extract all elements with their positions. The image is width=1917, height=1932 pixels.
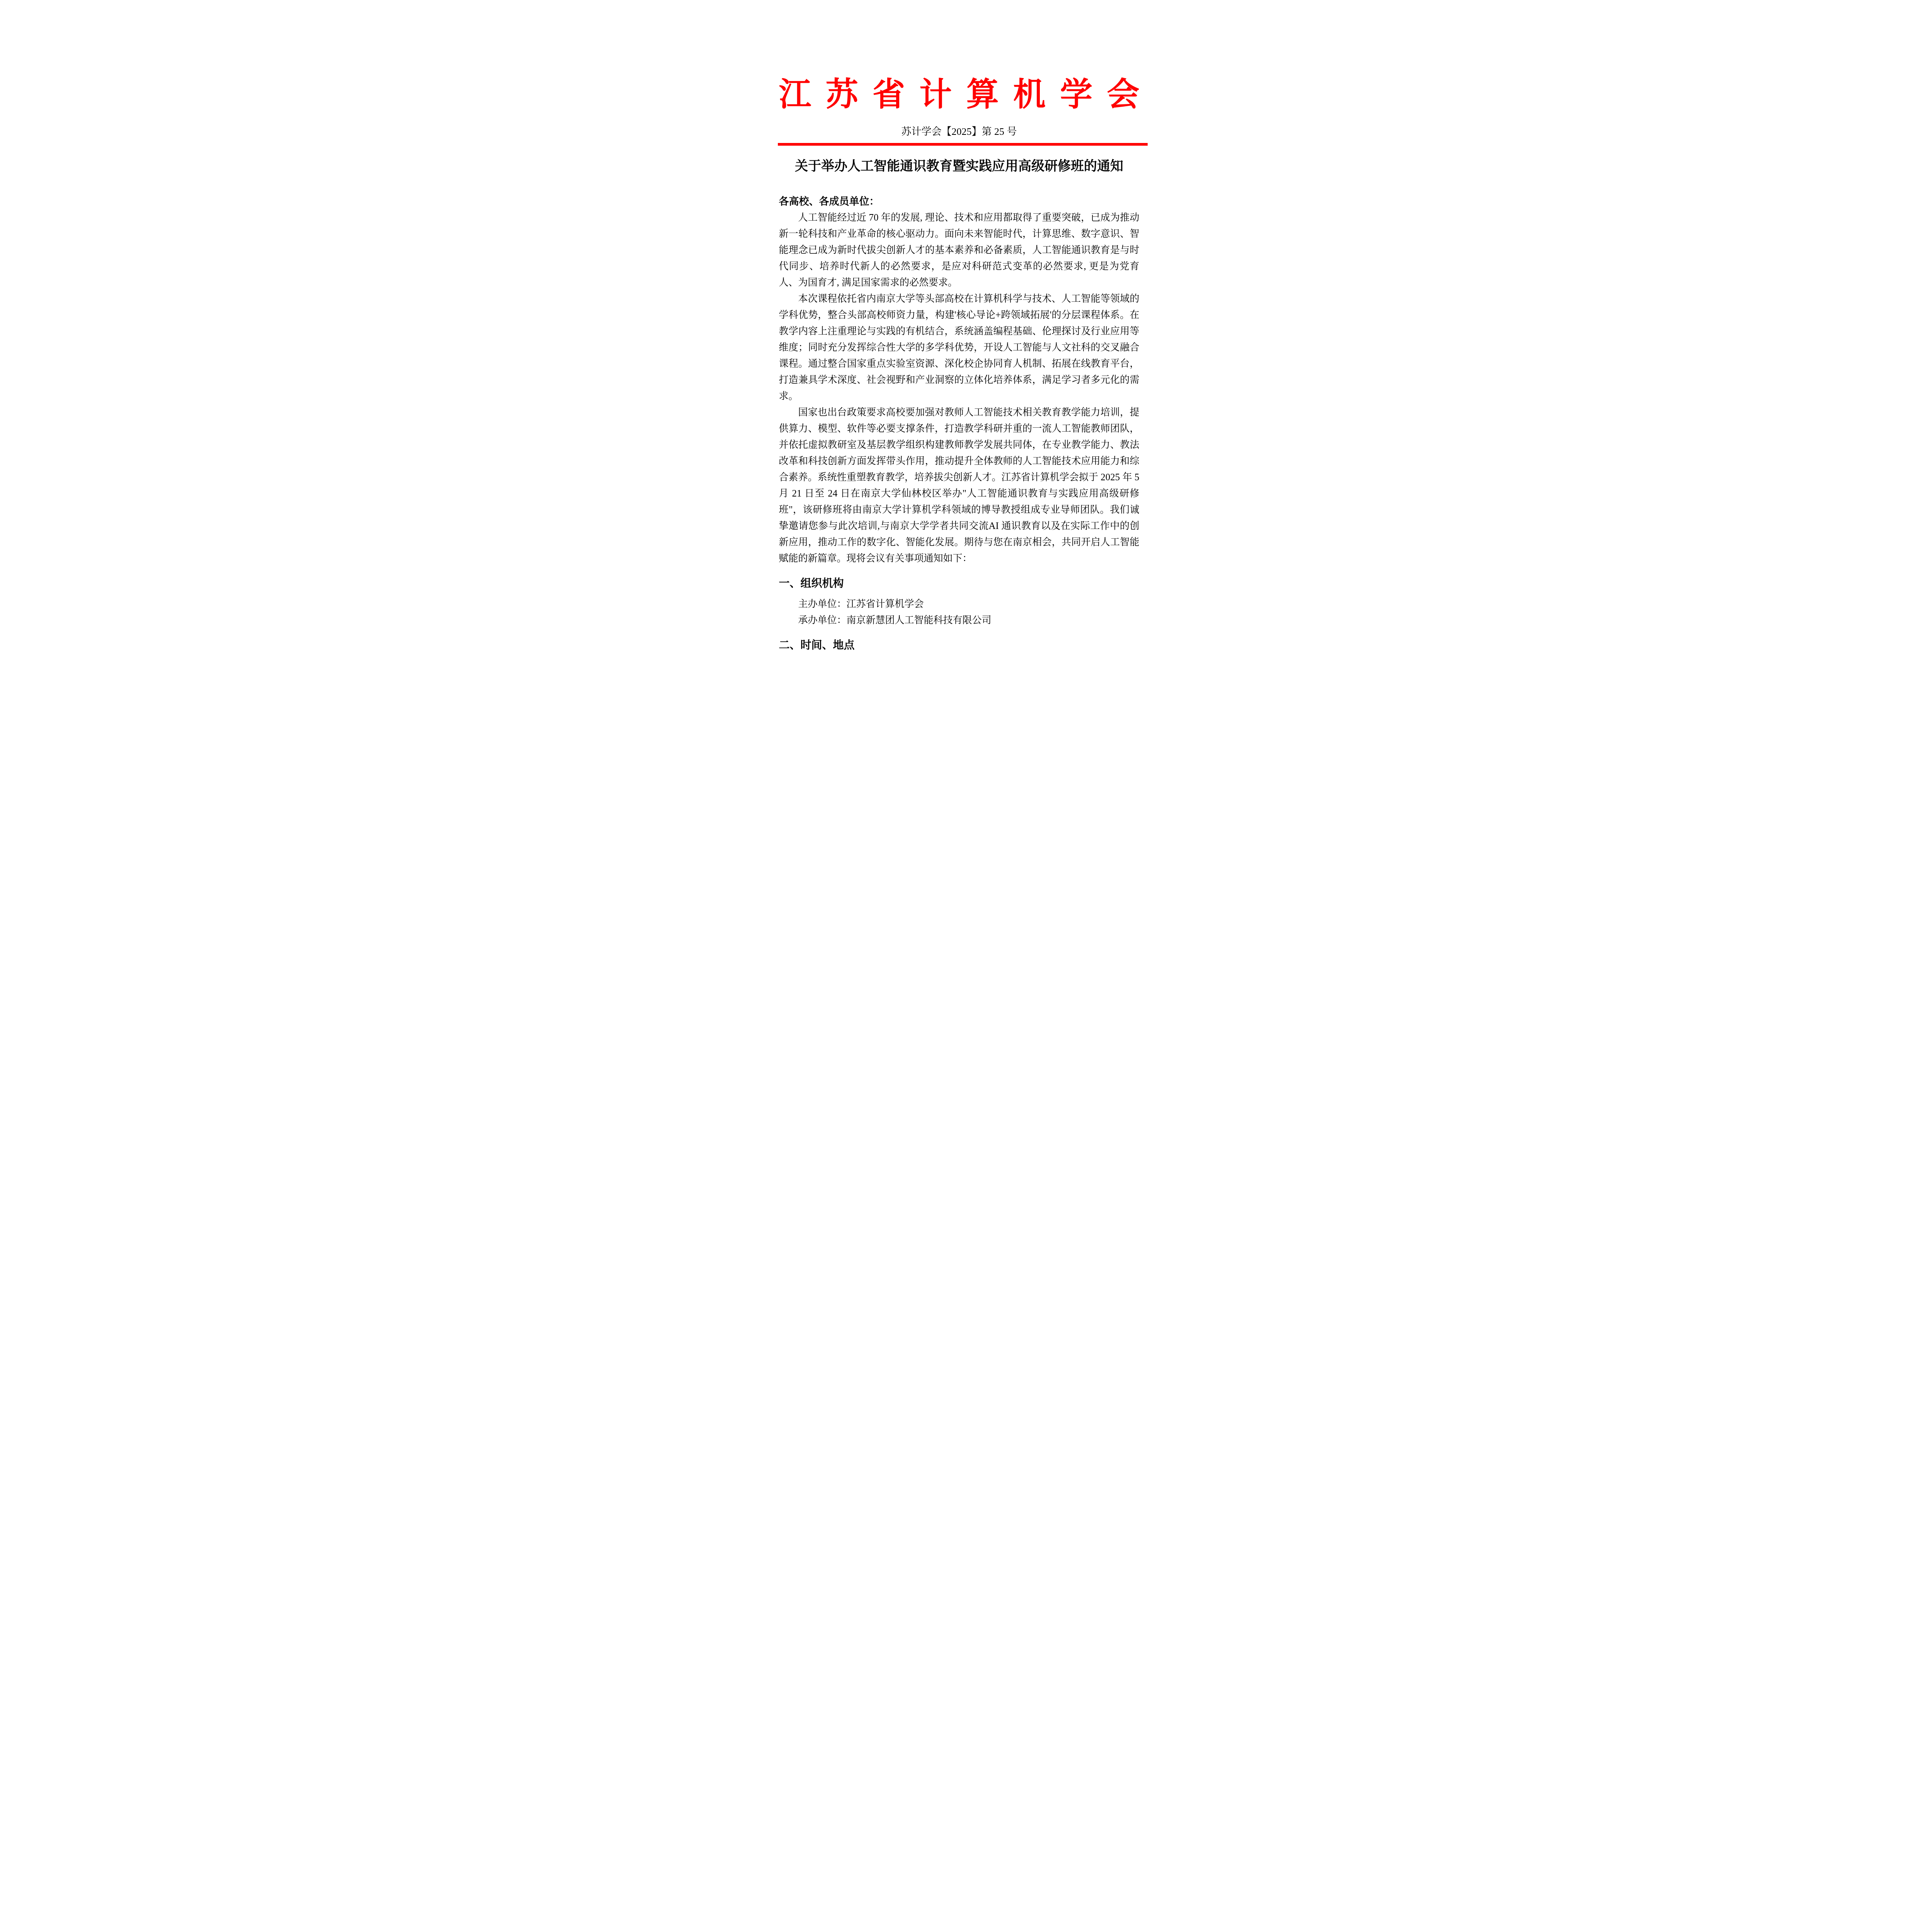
organizer-undertaker-item: 承办单位：南京新慧团人工智能科技有限公司 xyxy=(779,612,1140,629)
section-time-location: 二、时间、地点 xyxy=(779,639,1140,653)
notice-body: 关于举办人工智能通识教育暨实践应用高级研修班的通知 各高校、各成员单位： 人工智… xyxy=(779,159,1140,653)
org-title-char: 省 xyxy=(873,77,905,114)
org-title-char: 学 xyxy=(1060,77,1092,114)
org-title-char: 计 xyxy=(919,77,952,114)
doc-number: 苏计学会【2025】第 25 号 xyxy=(779,125,1140,138)
body-paragraph-2: 本次课程依托省内南京大学等头部高校在计算机科学与技术、人工智能等领域的学科优势，… xyxy=(779,291,1140,405)
body-paragraph-3: 国家也出台政策要求高校要加强对教师人工智能技术相关教育教学能力培训，提供算力、模… xyxy=(779,405,1140,567)
letterhead: 江苏省计算机学会 苏计学会【2025】第 25 号 xyxy=(779,77,1140,146)
org-title-char: 江 xyxy=(779,77,811,114)
red-divider-line xyxy=(778,143,1148,146)
section-heading-organization: 一、组织机构 xyxy=(779,577,1140,591)
org-title-char: 机 xyxy=(1013,77,1046,114)
document-page: 江苏省计算机学会 苏计学会【2025】第 25 号 关于举办人工智能通识教育暨实… xyxy=(719,0,1198,678)
body-paragraph-1: 人工智能经过近 70 年的发展, 理论、技术和应用都取得了重要突破，已成为推动新… xyxy=(779,210,1140,291)
org-title-char: 会 xyxy=(1107,77,1139,114)
org-title: 江苏省计算机学会 xyxy=(779,77,1140,114)
salutation: 各高校、各成员单位： xyxy=(779,194,1140,210)
org-title-char: 算 xyxy=(966,77,999,114)
org-title-char: 苏 xyxy=(826,77,858,114)
section-heading-time-location: 二、时间、地点 xyxy=(779,639,1140,653)
section-organization: 一、组织机构 主办单位：江苏省计算机学会 承办单位：南京新慧团人工智能科技有限公… xyxy=(779,577,1140,629)
organizer-host-item: 主办单位：江苏省计算机学会 xyxy=(779,596,1140,612)
notice-title: 关于举办人工智能通识教育暨实践应用高级研修班的通知 xyxy=(779,159,1140,174)
